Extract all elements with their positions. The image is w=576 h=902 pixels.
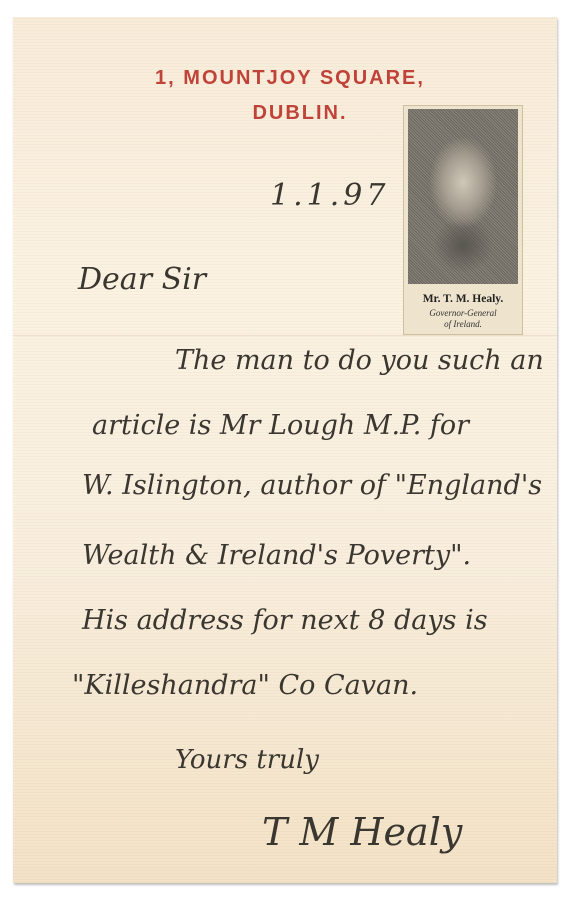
letter-body-line: The man to do you such an <box>175 345 544 376</box>
letter-body-line: W. Islington, author of "England's <box>82 470 542 501</box>
letter-closing: Yours truly <box>175 745 319 775</box>
clipping-title-line: Governor-General <box>404 308 522 319</box>
letter-signature: T M Healy <box>262 810 462 854</box>
clipping-title-line: of Ireland. <box>404 319 522 330</box>
clipping-caption-name: Mr. T. M. Healy. <box>404 293 522 305</box>
clipping-caption-title: Governor-General of Ireland. <box>404 308 522 330</box>
portrait-photo <box>408 109 518 284</box>
newspaper-clipping: Mr. T. M. Healy. Governor-General of Ire… <box>403 105 523 335</box>
letterhead-city: DUBLIN. <box>180 102 420 125</box>
letter-date: 1.1.97 <box>270 178 389 213</box>
letter-salutation: Dear Sir <box>78 262 206 297</box>
letter-body-line: article is Mr Lough M.P. for <box>92 410 469 441</box>
letter-body-line: His address for next 8 days is <box>82 605 488 636</box>
paper-fold-line <box>13 335 557 336</box>
letterhead-address: 1, MOUNTJOY SQUARE, <box>120 67 460 90</box>
letter-body-line: "Killeshandra" Co Cavan. <box>72 670 418 701</box>
letter-body-line: Wealth & Ireland's Poverty". <box>82 540 471 571</box>
